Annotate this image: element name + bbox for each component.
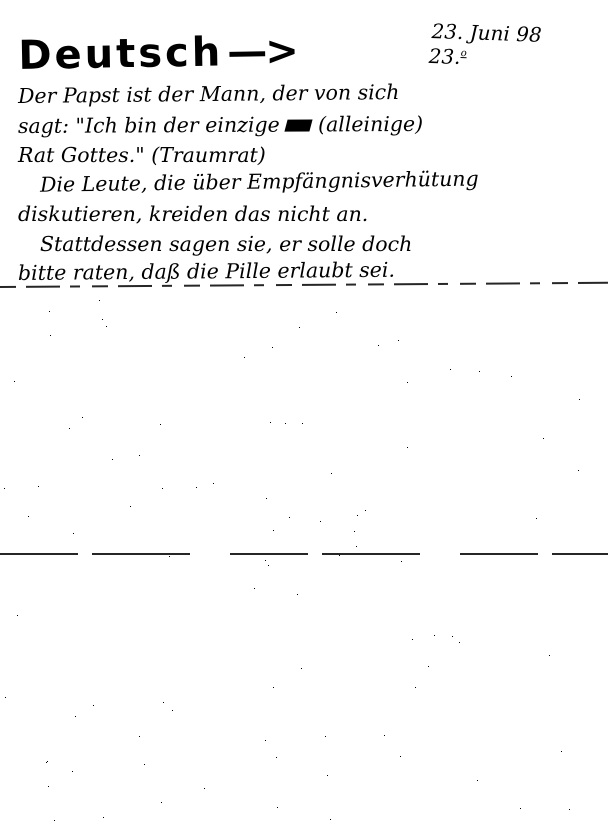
scan-speck <box>354 531 355 532</box>
scan-speck <box>561 751 562 752</box>
scan-speck <box>130 506 131 507</box>
scan-speck <box>204 788 205 789</box>
scan-speck <box>244 357 245 358</box>
scan-speck <box>72 771 73 772</box>
scan-speck <box>302 423 303 424</box>
scan-speck <box>99 300 100 301</box>
scan-speck <box>144 764 145 765</box>
scan-speck <box>265 740 266 741</box>
scan-speck <box>452 636 453 637</box>
scan-speck <box>49 311 50 312</box>
scan-speck <box>102 319 103 320</box>
scan-speck <box>162 488 163 489</box>
scan-speck <box>511 376 512 377</box>
scan-speck <box>139 455 140 456</box>
scan-speck <box>407 447 408 448</box>
scan-speck <box>356 546 357 547</box>
scan-speck <box>196 487 197 488</box>
scan-speck <box>17 615 18 616</box>
scan-speck <box>336 312 337 313</box>
scan-speck <box>73 533 74 534</box>
scan-speck <box>569 809 570 810</box>
scan-speck <box>160 424 161 425</box>
scan-speck <box>106 326 107 327</box>
scan-speck <box>163 702 164 703</box>
scan-speck <box>434 635 435 636</box>
scan-speck <box>161 802 162 803</box>
scan-speck <box>325 736 326 737</box>
ruled-line-dashed-lower <box>0 553 608 555</box>
scan-speck <box>5 697 6 698</box>
scan-speck <box>82 417 83 418</box>
scan-speck <box>401 561 402 562</box>
scan-speck <box>14 381 15 382</box>
document-body: Der Papst ist der Mann, der von sich sag… <box>18 82 598 289</box>
scan-speck <box>357 515 358 516</box>
scan-speck <box>365 510 366 511</box>
scan-speck <box>384 735 385 736</box>
body-line-2-post: (alleinige) <box>311 111 423 136</box>
struck-out-word: Rat <box>285 119 313 131</box>
scan-speck <box>38 486 39 487</box>
scan-speck <box>520 808 521 809</box>
scan-speck <box>578 470 579 471</box>
scan-speck <box>428 666 429 667</box>
scan-speck <box>103 817 104 818</box>
scan-speck <box>272 347 273 348</box>
scan-speck <box>479 371 480 372</box>
heading-text: Deutsch <box>18 29 224 79</box>
scan-speck <box>69 428 70 429</box>
scan-speck <box>112 459 113 460</box>
scan-speck <box>450 369 451 370</box>
scan-speck <box>47 761 48 762</box>
scan-speck <box>299 327 300 328</box>
scan-speck <box>297 594 298 595</box>
scan-speck <box>276 757 277 758</box>
scan-speck <box>536 518 537 519</box>
scan-speck <box>339 555 340 556</box>
scan-speck <box>579 399 580 400</box>
scan-speck <box>285 423 286 424</box>
scan-speck <box>50 335 51 336</box>
scan-speck <box>28 516 29 517</box>
date-superscript: o <box>460 48 466 59</box>
scan-speck <box>93 705 94 706</box>
scan-speck <box>407 382 408 383</box>
scan-speck <box>330 819 331 820</box>
scan-speck <box>268 565 269 566</box>
scan-speck <box>4 488 5 489</box>
scan-speck <box>273 687 274 688</box>
scan-speck <box>169 556 170 557</box>
date-day: 23. <box>428 44 461 69</box>
scan-speck <box>400 756 401 757</box>
scan-speck <box>54 820 55 821</box>
scan-speck <box>46 762 47 763</box>
scan-speck <box>75 716 76 717</box>
document-heading: Deutsch—> <box>18 31 297 76</box>
scan-speck <box>412 639 413 640</box>
body-line-2: sagt: "Ich bin der einzige Rat (alleinig… <box>18 108 598 141</box>
scan-speck <box>477 780 478 781</box>
scan-speck <box>327 775 328 776</box>
scan-speck <box>265 560 266 561</box>
scan-speck <box>378 345 379 346</box>
scan-speck <box>320 521 321 522</box>
scan-speck <box>301 668 302 669</box>
body-line-2-pre: sagt: "Ich bin der einzige <box>18 112 286 137</box>
scan-speck <box>549 655 550 656</box>
scan-speck <box>415 687 416 688</box>
scan-speck <box>270 422 271 423</box>
body-line-5: diskutieren, kreiden das nicht an. <box>18 200 598 230</box>
scan-speck <box>331 473 332 474</box>
scan-speck <box>459 642 460 643</box>
scan-speck <box>273 530 274 531</box>
scan-speck <box>254 588 255 589</box>
scan-speck <box>289 517 290 518</box>
scan-speck <box>139 736 140 737</box>
scan-speck <box>48 786 49 787</box>
scan-speck <box>172 710 173 711</box>
document-date: 23. Juni 98 23.o <box>430 20 542 71</box>
scan-speck <box>277 807 278 808</box>
scan-speck <box>398 340 399 341</box>
scan-speck <box>213 483 214 484</box>
document-page: Deutsch—> 23. Juni 98 23.o Der Papst ist… <box>0 0 608 827</box>
arrow-right-icon: —> <box>227 28 297 75</box>
scan-speck <box>266 498 267 499</box>
body-line-1: Der Papst ist der Mann, der von sich <box>18 76 598 112</box>
scan-speck <box>543 438 544 439</box>
